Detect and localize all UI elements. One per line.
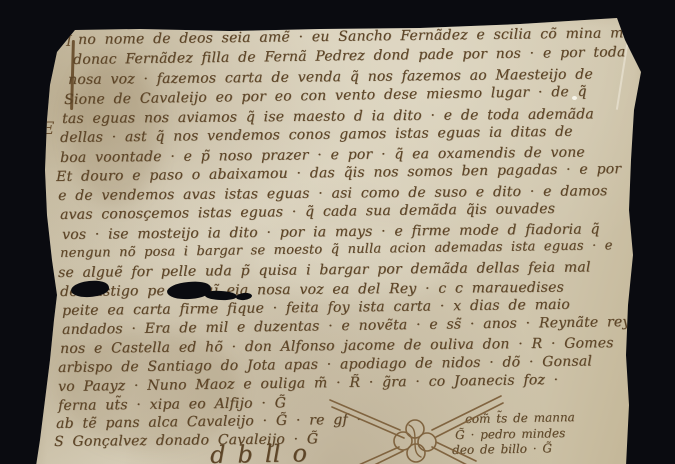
text-line: nos e Castella ed hõ · don Alfonso jacom…: [60, 336, 614, 356]
text-line: de castigo pe ma uj̃ eia nosa voz ea del…: [60, 281, 564, 299]
notarial-sign-icon: [310, 388, 530, 464]
text-line: no nome de deos seia amẽ · eu Sancho Fer…: [78, 26, 657, 47]
text-line: donac Fernãdez filla de Fernã Pedrez don…: [73, 45, 626, 67]
text-line: avas conosçemos istas eguas · q̃ cada su…: [60, 202, 555, 222]
manuscript-photo: I E no nome de deos seia amẽ · eu Sancho…: [0, 0, 675, 464]
text-line: ferna ut̃s · xipa eo Alfijo · G̃: [58, 396, 286, 413]
text-line: d b ll o: [210, 446, 307, 462]
text-line: andados · Era de mil e duzentas · e novẽ…: [62, 315, 631, 337]
text-line: dellas · ast q̃ nos vendemos conos gamos…: [60, 125, 573, 145]
text-line: Et douro e paso o abaixamou · das q̃is n…: [56, 162, 621, 184]
text-line: tas eguas nos aviamos q̃ ise maesto d ia…: [62, 107, 594, 126]
text-line: e de vendemos avas istas eguas · asi com…: [58, 184, 608, 203]
text-line: nengun nõ posa i bargar se moesto q̃ nul…: [60, 239, 613, 261]
margin-mark: E: [42, 119, 54, 139]
text-line: se alguẽ for pelle uda p̃ quisa i bargar…: [58, 260, 591, 280]
text-line: peite ea carta firme fique · feita foy i…: [62, 298, 570, 318]
parchment-sheet: I E no nome de deos seia amẽ · eu Sancho…: [0, 0, 675, 464]
parchment-hole: [236, 292, 253, 301]
text-line: Sione de Cavaleijo eo por eo con vento d…: [64, 85, 587, 107]
margin-initial: I: [66, 32, 72, 50]
